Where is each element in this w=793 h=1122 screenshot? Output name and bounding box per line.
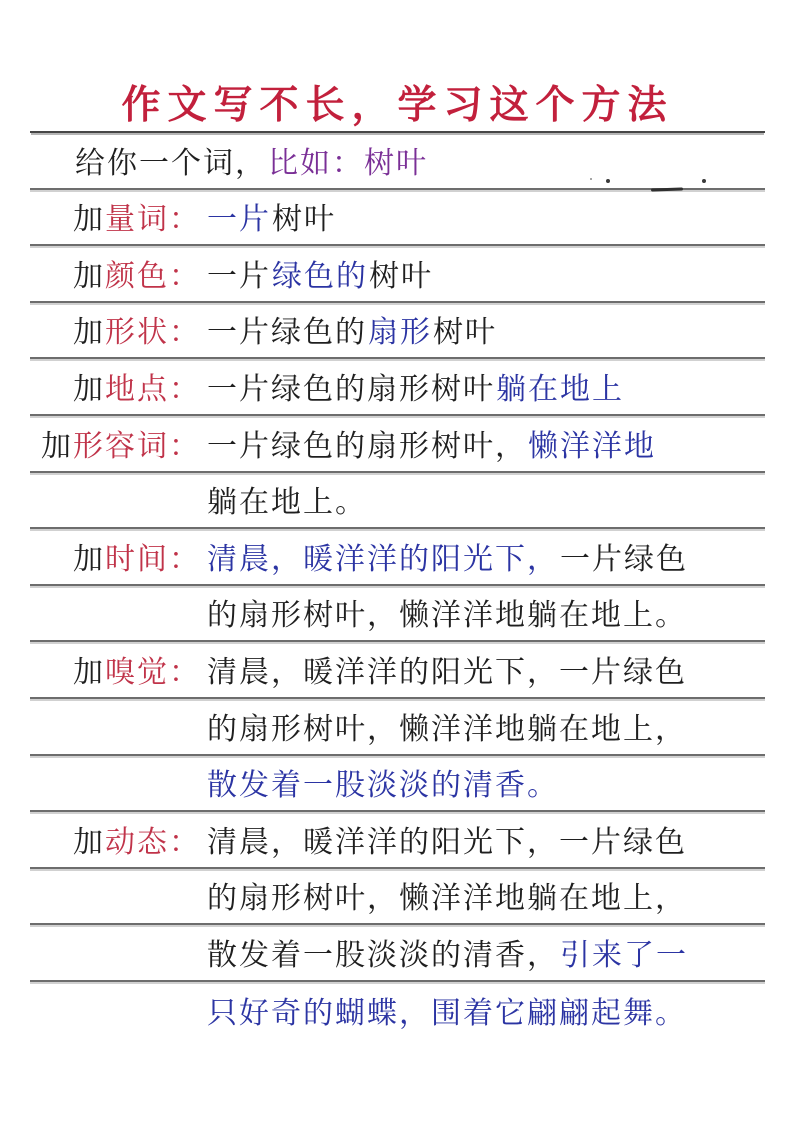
row-label: 加地点： xyxy=(30,375,207,405)
line-content: 的扇形树叶，懒洋洋地躺在地上。 xyxy=(207,601,765,631)
line-content: 散发着一股淡淡的清香，引来了一 xyxy=(207,941,765,971)
text-segment: 散发着一股淡淡的清香， xyxy=(207,939,559,972)
text-segment: 清晨，暖洋洋的阳光下， xyxy=(207,543,559,576)
label-prefix: 加 xyxy=(73,373,105,406)
text-segment: 懒洋洋地 xyxy=(528,430,656,463)
ink-speck xyxy=(702,179,706,183)
text-segment: 一片绿色的 xyxy=(207,316,367,349)
text-segment: 比如：树叶 xyxy=(268,147,428,180)
label-keyword: 嗅觉： xyxy=(105,656,201,689)
text-segment: 一片绿色的扇形树叶， xyxy=(207,430,527,463)
row-label: 加动态： xyxy=(30,828,207,858)
page-title: 作文写不长，学习这个方法 xyxy=(121,86,673,125)
text-segment: 散发着一股淡淡的清香。 xyxy=(207,769,559,802)
line-content: 散发着一股淡淡的清香。 xyxy=(207,771,765,801)
line-content: 的扇形树叶，懒洋洋地躺在地上， xyxy=(207,884,765,914)
row-motion-line3: 散发着一股淡淡的清香，引来了一 xyxy=(30,925,765,982)
text-segment: 绿色的 xyxy=(272,260,368,293)
label-keyword: 地点： xyxy=(105,373,201,406)
line-content: 清晨，暖洋洋的阳光下，一片绿色 xyxy=(207,828,765,858)
row-time-line1: 加时间：清晨，暖洋洋的阳光下，一片绿色 xyxy=(30,529,765,586)
row-smell-line2: 的扇形树叶，懒洋洋地躺在地上， xyxy=(30,699,765,756)
line-content: 一片绿色的扇形树叶，懒洋洋地 xyxy=(207,432,765,462)
text-segment: 清晨，暖洋洋的阳光下，一片绿色 xyxy=(207,656,687,689)
row-label: 加时间： xyxy=(30,545,207,575)
row-color: 加颜色：一片绿色的树叶 xyxy=(30,246,765,303)
line-content: 一片绿色的树叶 xyxy=(207,262,765,292)
worksheet-page: 作文写不长，学习这个方法 给你一个词，比如：树叶加量词：一片树叶加颜色：一片绿色… xyxy=(0,0,793,1122)
row-smell-line1: 加嗅觉：清晨，暖洋洋的阳光下，一片绿色 xyxy=(30,642,765,699)
line-content: 的扇形树叶，懒洋洋地躺在地上， xyxy=(207,715,765,745)
label-keyword: 形容词： xyxy=(73,430,201,463)
row-shape: 加形状：一片绿色的扇形树叶 xyxy=(30,303,765,360)
text-segment: 给你一个词， xyxy=(75,147,267,180)
intro-line: 给你一个词，比如：树叶 xyxy=(30,133,765,190)
ink-speck xyxy=(606,179,610,183)
row-label: 加颜色： xyxy=(30,262,207,292)
label-prefix: 加 xyxy=(73,656,105,689)
row-motion-line4: 只好奇的蝴蝶，围着它翩翩起舞。 xyxy=(30,982,765,1038)
text-segment: 的扇形树叶，懒洋洋地躺在地上。 xyxy=(207,599,687,632)
text-segment: 躺在地上。 xyxy=(207,486,367,519)
row-motion-line1: 加动态：清晨，暖洋洋的阳光下，一片绿色 xyxy=(30,812,765,869)
text-segment: 一片绿色 xyxy=(560,543,688,576)
label-keyword: 颜色： xyxy=(105,260,201,293)
text-segment: 的扇形树叶，懒洋洋地躺在地上， xyxy=(207,882,687,915)
text-segment: 一片绿色的扇形树叶 xyxy=(207,373,495,406)
text-segment: 扇形 xyxy=(368,316,432,349)
line-content: 清晨，暖洋洋的阳光下，一片绿色 xyxy=(207,658,765,688)
line-content: 一片绿色的扇形树叶躺在地上 xyxy=(207,375,765,405)
row-label: 加形状： xyxy=(30,318,207,348)
title-block: 作文写不长，学习这个方法 xyxy=(30,0,765,133)
label-keyword: 形状： xyxy=(105,316,201,349)
line-content: 一片树叶 xyxy=(207,205,765,235)
text-segment: 一片 xyxy=(207,260,271,293)
text-segment: 清晨，暖洋洋的阳光下，一片绿色 xyxy=(207,826,687,859)
row-label: 加嗅觉： xyxy=(30,658,207,688)
ink-speck xyxy=(590,178,592,180)
row-location: 加地点：一片绿色的扇形树叶躺在地上 xyxy=(30,359,765,416)
row-adjective-line2: 躺在地上。 xyxy=(30,473,765,530)
row-smell-line3: 散发着一股淡淡的清香。 xyxy=(30,756,765,813)
text-segment: 引来了一 xyxy=(560,939,688,972)
line-content: 清晨，暖洋洋的阳光下，一片绿色 xyxy=(207,545,765,575)
label-prefix: 加 xyxy=(73,826,105,859)
text-segment: 躺在地上 xyxy=(496,373,624,406)
line-content: 躺在地上。 xyxy=(207,488,765,518)
row-label: 加形容词： xyxy=(30,432,207,462)
label-prefix: 加 xyxy=(73,543,105,576)
text-segment: 树叶 xyxy=(272,203,336,236)
label-prefix: 加 xyxy=(73,260,105,293)
label-prefix: 加 xyxy=(73,316,105,349)
line-content: 一片绿色的扇形树叶 xyxy=(207,318,765,348)
ruled-sheet: 作文写不长，学习这个方法 给你一个词，比如：树叶加量词：一片树叶加颜色：一片绿色… xyxy=(30,0,765,1038)
row-adjective-line1: 加形容词：一片绿色的扇形树叶，懒洋洋地 xyxy=(30,416,765,473)
text-segment: 一片 xyxy=(207,203,271,236)
label-keyword: 时间： xyxy=(105,543,201,576)
row-label: 加量词： xyxy=(30,205,207,235)
label-prefix: 加 xyxy=(41,430,73,463)
text-segment: 树叶 xyxy=(433,316,497,349)
label-prefix: 加 xyxy=(73,203,105,236)
text-segment: 只好奇的蝴蝶，围着它翩翩起舞。 xyxy=(207,997,687,1030)
rows: 给你一个词，比如：树叶加量词：一片树叶加颜色：一片绿色的树叶加形状：一片绿色的扇… xyxy=(30,133,765,1038)
row-motion-line2: 的扇形树叶，懒洋洋地躺在地上， xyxy=(30,869,765,926)
text-segment: 树叶 xyxy=(369,260,433,293)
row-time-line2: 的扇形树叶，懒洋洋地躺在地上。 xyxy=(30,586,765,643)
line-content: 只好奇的蝴蝶，围着它翩翩起舞。 xyxy=(207,999,765,1029)
label-keyword: 量词： xyxy=(105,203,201,236)
row-quantifier: 加量词：一片树叶 xyxy=(30,190,765,247)
label-keyword: 动态： xyxy=(105,826,201,859)
text-segment: 的扇形树叶，懒洋洋地躺在地上， xyxy=(207,713,687,746)
line-content: 给你一个词，比如：树叶 xyxy=(75,149,765,179)
